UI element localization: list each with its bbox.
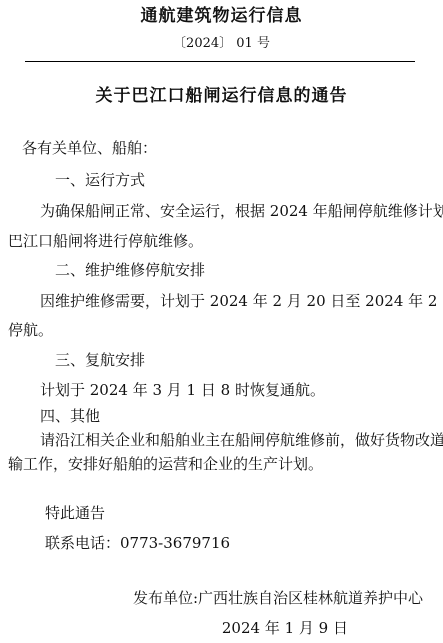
notice-title: 关于巴江口船闸运行信息的通告 (0, 86, 443, 107)
section-4-line-1: 请沿江相关企业和船舶业主在船闸停航维修前，做好货物改道运 (40, 431, 443, 450)
section-4-heading: 四、其他 (40, 407, 100, 426)
section-3-heading: 三、复航安排 (55, 351, 145, 370)
contact-phone-line: 联系电话：0773-3679716 (45, 534, 230, 553)
section-1-heading: 一、运行方式 (55, 171, 145, 190)
section-1-line-2: 巴江口船闸将进行停航维修。 (8, 232, 203, 251)
section-3-line-1: 计划于 2024 年 3 月 1 日 8 时恢复通航。 (40, 381, 325, 400)
section-4-line-2: 输工作，安排好船舶的运营和企业的生产计划。 (8, 455, 323, 474)
notice-document-page: 通航建筑物运行信息 〔2024〕 01 号 关于巴江口船闸运行信息的通告 各有关… (0, 0, 443, 643)
section-1-line-1: 为确保船闸正常、安全运行，根据 2024 年船闸停航维修计划， (40, 202, 443, 221)
salutation-line: 各有关单位、船舶： (22, 139, 157, 158)
closing-statement: 特此通告 (45, 504, 105, 523)
publish-date-line: 2024 年 1 月 9 日 (0, 619, 348, 638)
document-masthead-title: 通航建筑物运行信息 (0, 6, 443, 27)
section-2-line-2: 停航。 (8, 321, 53, 340)
masthead-divider-rule (25, 61, 415, 62)
section-2-line-1: 因维护维修需要，计划于 2024 年 2 月 20 日至 2024 年 2 月 … (40, 292, 443, 311)
publisher-line: 发布单位:广西壮族自治区桂林航道养护中心 (0, 589, 423, 608)
section-2-heading: 二、维护维修停航安排 (55, 261, 205, 280)
document-number: 〔2024〕 01 号 (0, 36, 443, 52)
